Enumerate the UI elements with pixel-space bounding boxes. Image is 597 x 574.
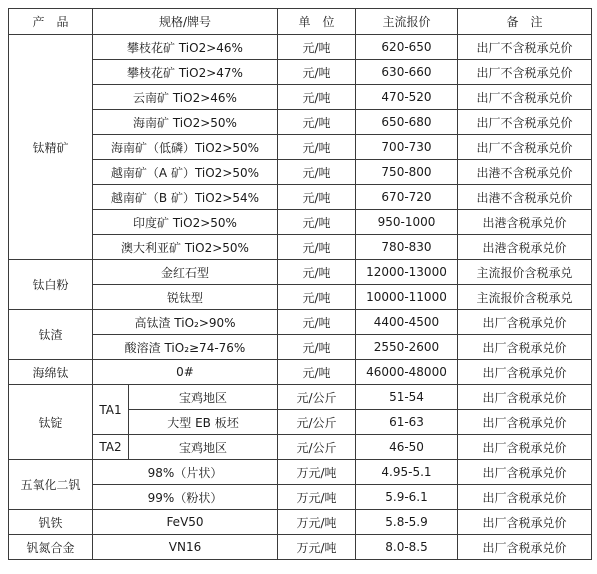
price-cell: 700-730	[356, 135, 458, 160]
unit-cell: 元/吨	[278, 110, 356, 135]
spec-cell: 海南矿（低磷）TiO2>50%	[93, 135, 278, 160]
note-cell: 出厂含税承兑价	[458, 310, 592, 335]
product-cell: 钛锭	[9, 385, 93, 460]
price-cell: 630-660	[356, 60, 458, 85]
product-cell: 钒铁	[9, 510, 93, 535]
table-row: 海南矿（低磷）TiO2>50% 元/吨 700-730 出厂不含税承兑价	[9, 135, 592, 160]
unit-cell: 万元/吨	[278, 485, 356, 510]
unit-cell: 元/公斤	[278, 410, 356, 435]
unit-cell: 元/吨	[278, 85, 356, 110]
price-cell: 5.9-6.1	[356, 485, 458, 510]
note-cell: 出厂不含税承兑价	[458, 110, 592, 135]
unit-cell: 元/吨	[278, 235, 356, 260]
price-cell: 8.0-8.5	[356, 535, 458, 560]
table-row: 海南矿 TiO2>50% 元/吨 650-680 出厂不含税承兑价	[9, 110, 592, 135]
price-cell: 10000-11000	[356, 285, 458, 310]
spec-cell: 酸溶渣 TiO₂≥74-76%	[93, 335, 278, 360]
note-cell: 出港含税承兑价	[458, 235, 592, 260]
table-row: 酸溶渣 TiO₂≥74-76% 元/吨 2550-2600 出厂含税承兑价	[9, 335, 592, 360]
price-table: 产 品 规格/牌号 单 位 主流报价 备 注 钛精矿 攀枝花矿 TiO2>46%…	[8, 8, 592, 560]
table-row: 钛锭 TA1 宝鸡地区 元/公斤 51-54 出厂含税承兑价	[9, 385, 592, 410]
table-row: 五氧化二钒 98%（片状） 万元/吨 4.95-5.1 出厂含税承兑价	[9, 460, 592, 485]
price-cell: 620-650	[356, 35, 458, 60]
note-cell: 出港含税承兑价	[458, 210, 592, 235]
header-unit: 单 位	[278, 9, 356, 35]
unit-cell: 元/吨	[278, 210, 356, 235]
header-note: 备 注	[458, 9, 592, 35]
note-cell: 出厂含税承兑价	[458, 360, 592, 385]
note-cell: 出厂不含税承兑价	[458, 60, 592, 85]
price-cell: 470-520	[356, 85, 458, 110]
table-row: 澳大利亚矿 TiO2>50% 元/吨 780-830 出港含税承兑价	[9, 235, 592, 260]
spec-cell: 高钛渣 TiO₂>90%	[93, 310, 278, 335]
price-cell: 46-50	[356, 435, 458, 460]
unit-cell: 元/吨	[278, 135, 356, 160]
table-row: 越南矿（B 矿）TiO2>54% 元/吨 670-720 出港不含税承兑价	[9, 185, 592, 210]
unit-cell: 元/吨	[278, 360, 356, 385]
grade-cell: TA2	[93, 435, 129, 460]
unit-cell: 万元/吨	[278, 535, 356, 560]
table-row: 钒铁 FeV50 万元/吨 5.8-5.9 出厂含税承兑价	[9, 510, 592, 535]
unit-cell: 元/吨	[278, 160, 356, 185]
product-cell: 钛渣	[9, 310, 93, 360]
unit-cell: 万元/吨	[278, 510, 356, 535]
note-cell: 出厂含税承兑价	[458, 385, 592, 410]
table-row: 钛白粉 金红石型 元/吨 12000-13000 主流报价含税承兑	[9, 260, 592, 285]
product-cell: 海绵钛	[9, 360, 93, 385]
price-cell: 51-54	[356, 385, 458, 410]
note-cell: 主流报价含税承兑	[458, 260, 592, 285]
price-cell: 2550-2600	[356, 335, 458, 360]
price-cell: 4400-4500	[356, 310, 458, 335]
unit-cell: 元/吨	[278, 310, 356, 335]
note-cell: 出厂不含税承兑价	[458, 35, 592, 60]
spec-cell: 金红石型	[93, 260, 278, 285]
table-row: 钛精矿 攀枝花矿 TiO2>46% 元/吨 620-650 出厂不含税承兑价	[9, 35, 592, 60]
table-row: TA2 宝鸡地区 元/公斤 46-50 出厂含税承兑价	[9, 435, 592, 460]
spec-cell: 大型 EB 板坯	[129, 410, 278, 435]
unit-cell: 元/吨	[278, 35, 356, 60]
table-row: 钛渣 高钛渣 TiO₂>90% 元/吨 4400-4500 出厂含税承兑价	[9, 310, 592, 335]
table-row: 印度矿 TiO2>50% 元/吨 950-1000 出港含税承兑价	[9, 210, 592, 235]
spec-cell: 宝鸡地区	[129, 385, 278, 410]
unit-cell: 元/公斤	[278, 435, 356, 460]
price-cell: 12000-13000	[356, 260, 458, 285]
price-cell: 4.95-5.1	[356, 460, 458, 485]
unit-cell: 元/公斤	[278, 385, 356, 410]
price-cell: 46000-48000	[356, 360, 458, 385]
product-cell: 五氧化二钒	[9, 460, 93, 510]
note-cell: 出厂不含税承兑价	[458, 135, 592, 160]
header-spec: 规格/牌号	[93, 9, 278, 35]
spec-cell: 海南矿 TiO2>50%	[93, 110, 278, 135]
table-row: 99%（粉状） 万元/吨 5.9-6.1 出厂含税承兑价	[9, 485, 592, 510]
table-row: 钒氮合金 VN16 万元/吨 8.0-8.5 出厂含税承兑价	[9, 535, 592, 560]
spec-cell: 攀枝花矿 TiO2>47%	[93, 60, 278, 85]
price-cell: 670-720	[356, 185, 458, 210]
header-row: 产 品 规格/牌号 单 位 主流报价 备 注	[9, 9, 592, 35]
note-cell: 出厂含税承兑价	[458, 485, 592, 510]
note-cell: 主流报价含税承兑	[458, 285, 592, 310]
spec-cell: 越南矿（B 矿）TiO2>54%	[93, 185, 278, 210]
note-cell: 出厂含税承兑价	[458, 535, 592, 560]
price-cell: 750-800	[356, 160, 458, 185]
spec-cell: 宝鸡地区	[129, 435, 278, 460]
spec-cell: 云南矿 TiO2>46%	[93, 85, 278, 110]
table-row: 锐钛型 元/吨 10000-11000 主流报价含税承兑	[9, 285, 592, 310]
spec-cell: 99%（粉状）	[93, 485, 278, 510]
unit-cell: 元/吨	[278, 335, 356, 360]
note-cell: 出厂含税承兑价	[458, 435, 592, 460]
grade-cell: TA1	[93, 385, 129, 435]
header-price: 主流报价	[356, 9, 458, 35]
note-cell: 出厂含税承兑价	[458, 410, 592, 435]
note-cell: 出港不含税承兑价	[458, 160, 592, 185]
spec-cell: VN16	[93, 535, 278, 560]
note-cell: 出厂含税承兑价	[458, 335, 592, 360]
price-cell: 61-63	[356, 410, 458, 435]
unit-cell: 元/吨	[278, 260, 356, 285]
unit-cell: 元/吨	[278, 60, 356, 85]
unit-cell: 万元/吨	[278, 460, 356, 485]
spec-cell: 锐钛型	[93, 285, 278, 310]
price-cell: 650-680	[356, 110, 458, 135]
spec-cell: 0#	[93, 360, 278, 385]
table-row: 攀枝花矿 TiO2>47% 元/吨 630-660 出厂不含税承兑价	[9, 60, 592, 85]
note-cell: 出厂含税承兑价	[458, 460, 592, 485]
price-cell: 950-1000	[356, 210, 458, 235]
spec-cell: 攀枝花矿 TiO2>46%	[93, 35, 278, 60]
spec-cell: 印度矿 TiO2>50%	[93, 210, 278, 235]
table-row: 云南矿 TiO2>46% 元/吨 470-520 出厂不含税承兑价	[9, 85, 592, 110]
product-cell: 钒氮合金	[9, 535, 93, 560]
spec-cell: FeV50	[93, 510, 278, 535]
unit-cell: 元/吨	[278, 185, 356, 210]
spec-cell: 澳大利亚矿 TiO2>50%	[93, 235, 278, 260]
spec-cell: 98%（片状）	[93, 460, 278, 485]
product-cell: 钛精矿	[9, 35, 93, 260]
product-cell: 钛白粉	[9, 260, 93, 310]
header-product: 产 品	[9, 9, 93, 35]
unit-cell: 元/吨	[278, 285, 356, 310]
table-row: 海绵钛 0# 元/吨 46000-48000 出厂含税承兑价	[9, 360, 592, 385]
note-cell: 出厂含税承兑价	[458, 510, 592, 535]
spec-cell: 越南矿（A 矿）TiO2>50%	[93, 160, 278, 185]
price-cell: 780-830	[356, 235, 458, 260]
note-cell: 出港不含税承兑价	[458, 185, 592, 210]
table-row: 越南矿（A 矿）TiO2>50% 元/吨 750-800 出港不含税承兑价	[9, 160, 592, 185]
price-cell: 5.8-5.9	[356, 510, 458, 535]
note-cell: 出厂不含税承兑价	[458, 85, 592, 110]
